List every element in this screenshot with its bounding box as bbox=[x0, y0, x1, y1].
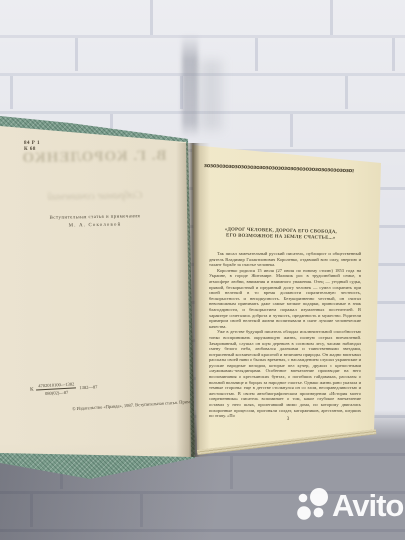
intro-paragraph: Так писал замечательный русский писатель… bbox=[209, 251, 361, 268]
header-ornament: зозозозозозозозозозозозозозозозозозозозо… bbox=[204, 162, 354, 176]
print-code-suffix: 1382—87 bbox=[79, 384, 97, 390]
brick-joint bbox=[345, 76, 348, 109]
brick-joint bbox=[75, 38, 78, 71]
brick-joint bbox=[150, 0, 153, 35]
brick-joint bbox=[110, 114, 113, 128]
print-code-fraction: 4702010100—1382 080(02)—87 bbox=[36, 381, 77, 396]
wall-stain bbox=[182, 34, 198, 138]
print-code: К 4702010100—1382 080(02)—87 1382—87 bbox=[30, 380, 98, 397]
book-gutter-shadow bbox=[176, 143, 210, 457]
page-number: 3 bbox=[281, 417, 295, 422]
epigraph: «ДОРОГ ЧЕЛОВЕК, ДОРОГА ЕГО СВОБОДА, ЕГО … bbox=[207, 227, 355, 243]
intro-article-text: Так писал замечательный русский писатель… bbox=[209, 251, 361, 419]
showthrough-title: В. Г. КОРОЛЕНКО bbox=[8, 147, 180, 168]
wall-stain bbox=[200, 60, 222, 130]
brick-joint bbox=[330, 0, 333, 35]
print-code-denominator: 080(02)—87 bbox=[45, 389, 69, 396]
avito-watermark: Avito bbox=[295, 486, 403, 526]
intro-paragraph: Короленко родился 15 июля (27 июля по но… bbox=[209, 268, 361, 330]
print-code-letter: К bbox=[30, 387, 34, 393]
brick-joint bbox=[10, 76, 13, 109]
avito-wordmark: Avito bbox=[332, 486, 403, 526]
intro-paragraph: Уже в детстве будущий писатель обладал и… bbox=[209, 329, 361, 419]
brick-joint bbox=[290, 114, 293, 147]
brick-joint bbox=[255, 38, 258, 71]
brick-joint bbox=[392, 38, 395, 71]
editor-credit: Вступительная статья и примечания М. А. … bbox=[0, 212, 190, 230]
showthrough-subtitle: Собрание сочинений bbox=[28, 189, 162, 204]
avito-logo-icon bbox=[295, 487, 330, 525]
photo-frame: 84 Р 1 К 68 В. Г. КОРОЛЕНКО Собрание соч… bbox=[0, 0, 405, 540]
